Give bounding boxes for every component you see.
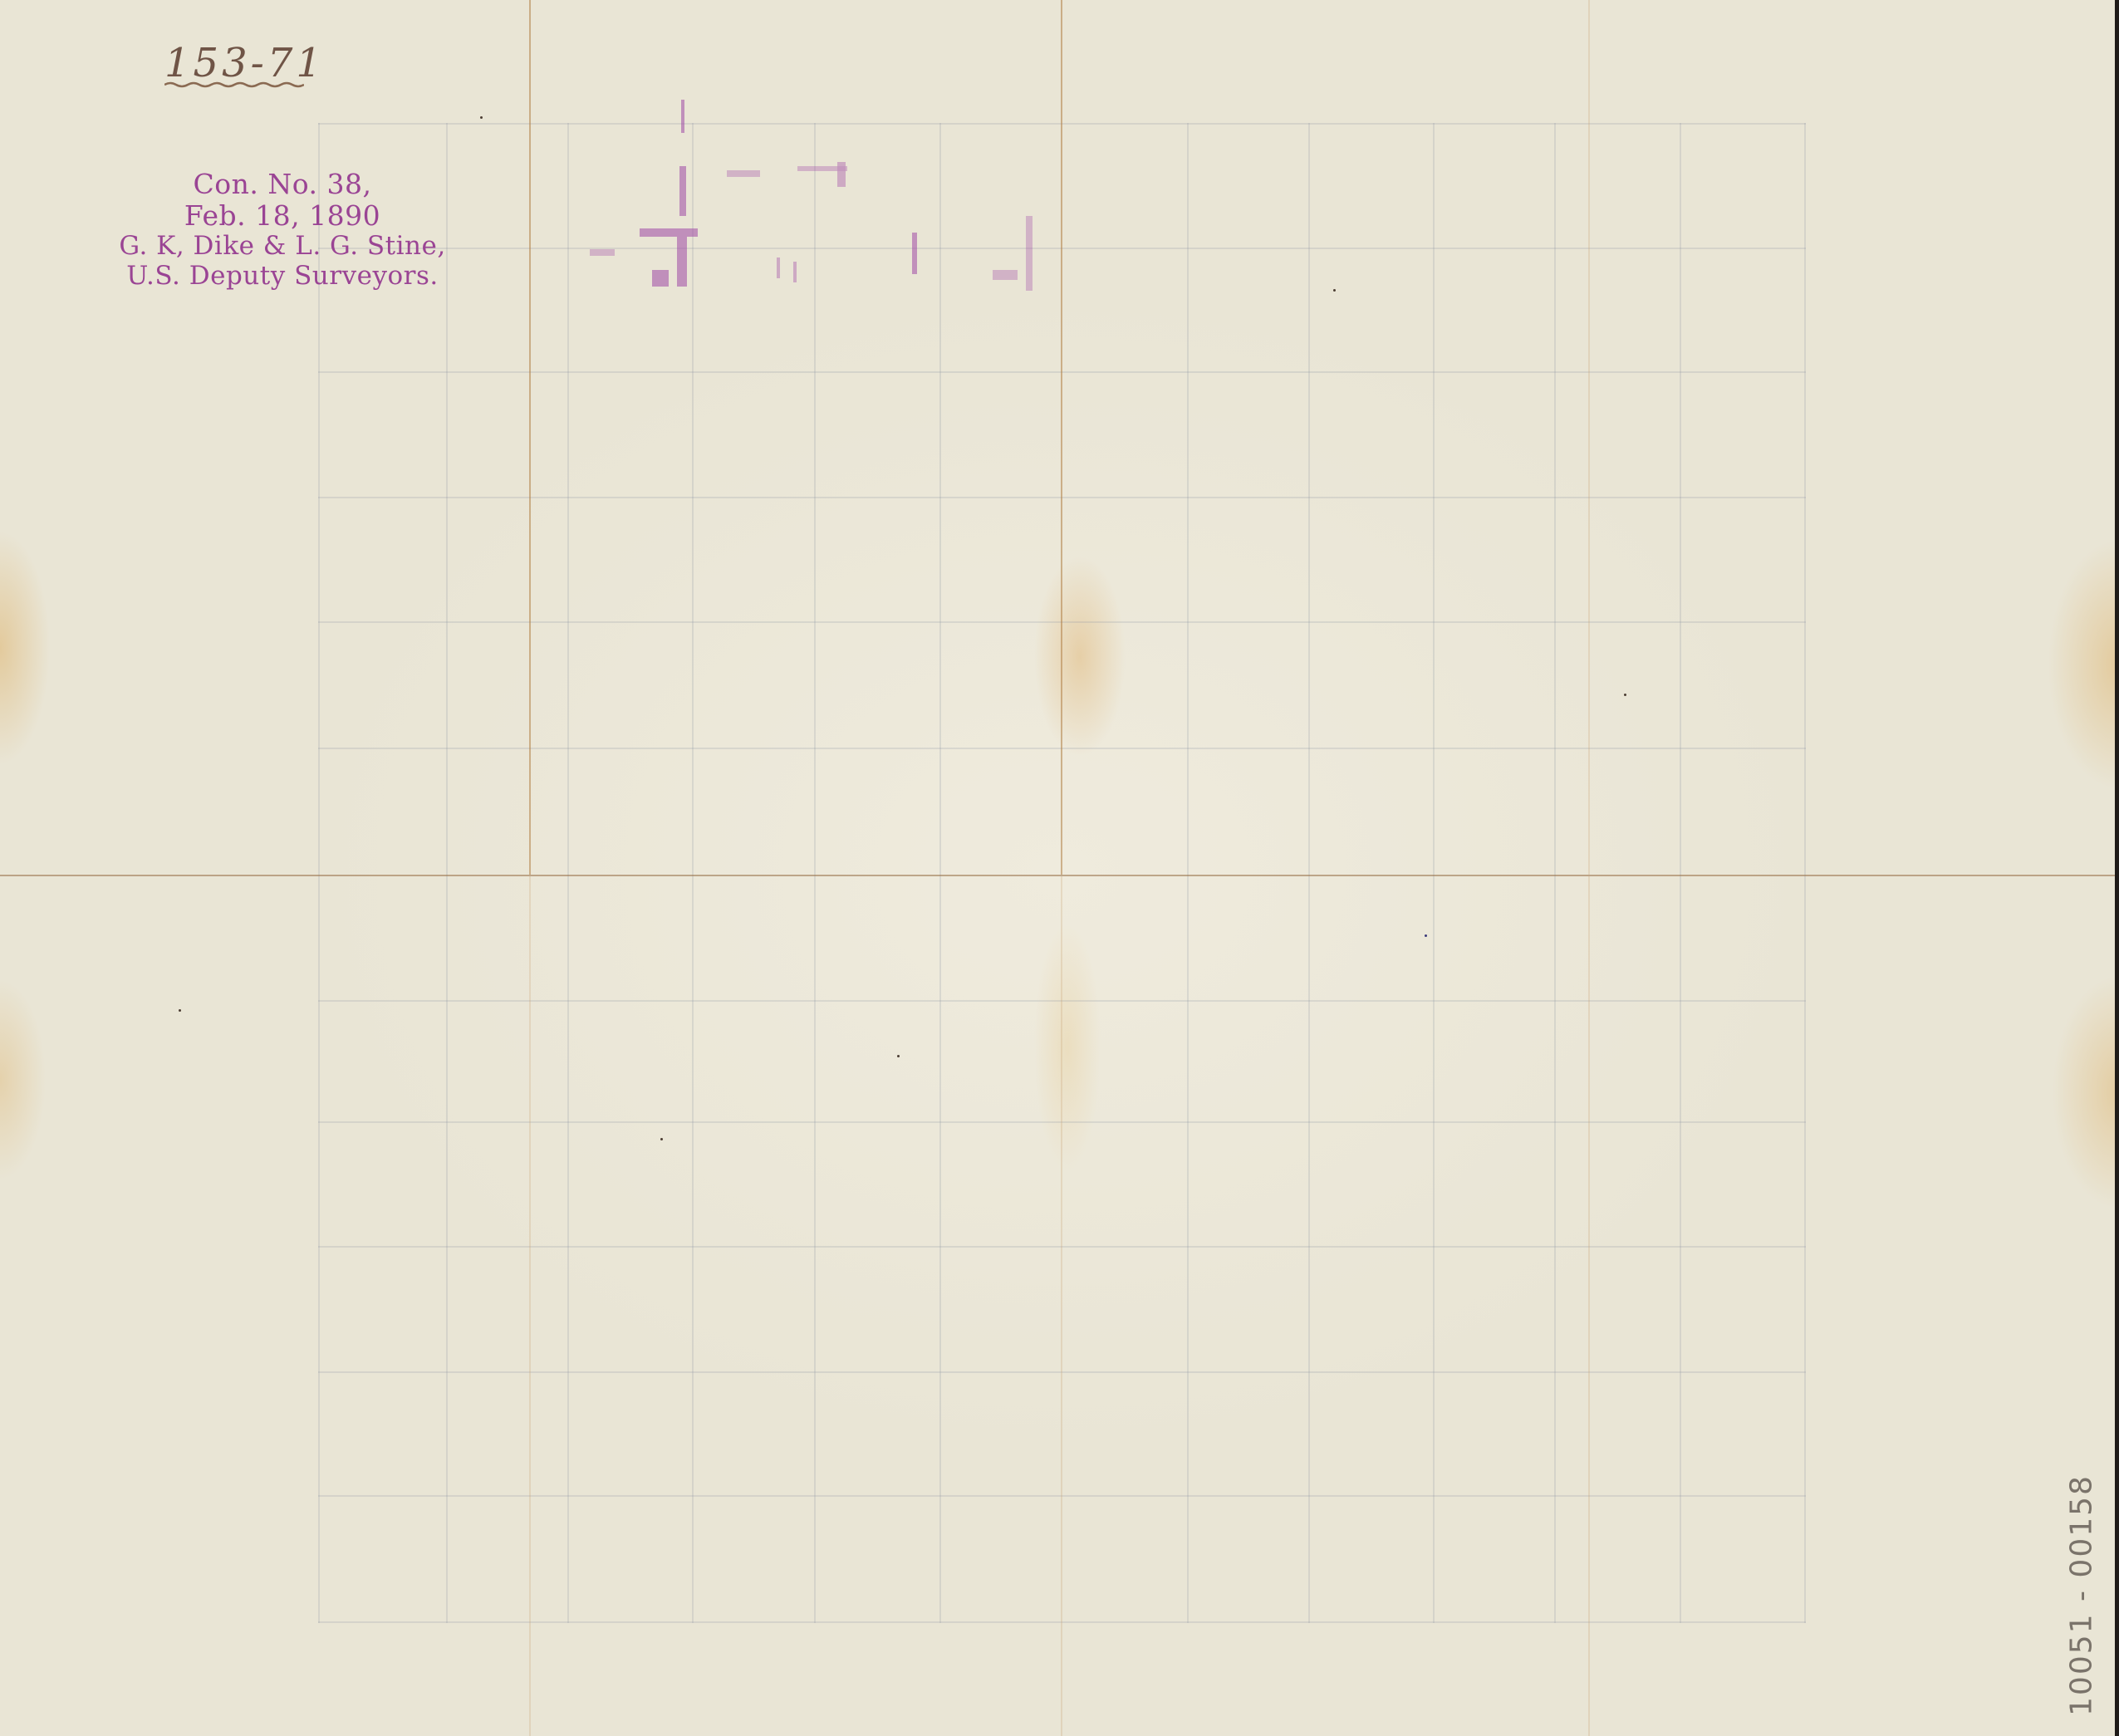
fold-crease	[1061, 876, 1062, 1736]
grid-line	[1554, 123, 1556, 1623]
grid-line	[446, 123, 448, 1623]
paper-speck	[1425, 934, 1427, 937]
wavy-underline	[164, 81, 304, 88]
grid-line	[318, 123, 320, 1623]
grid-line	[1804, 123, 1806, 1623]
grid-line	[939, 123, 941, 1623]
grid-line	[1433, 123, 1435, 1623]
paper-speck	[480, 116, 483, 119]
surveyor-stamp: Con. No. 38, Feb. 18, 1890 G. K, Dike & …	[50, 170, 515, 293]
fold-crease	[529, 0, 531, 875]
grid-line	[1187, 123, 1189, 1623]
grid-line	[1680, 123, 1681, 1623]
surveyor-names: G. K, Dike & L. G. Stine,	[50, 233, 515, 259]
faded-stamp-residue	[573, 91, 1063, 299]
document-page: 153-71 Con. No. 38, Feb. 18, 1890 G. K, …	[0, 0, 2119, 1736]
grid-line	[692, 123, 694, 1623]
paper-speck	[660, 1138, 663, 1140]
contract-number: Con. No. 38,	[50, 170, 515, 198]
contract-date: Feb. 18, 1890	[50, 202, 515, 229]
archive-id: 10051 - 00158	[2065, 1463, 2099, 1729]
surveyor-title: U.S. Deputy Surveyors.	[50, 263, 515, 289]
paper-speck	[1624, 694, 1626, 696]
paper-speck	[179, 1009, 181, 1012]
grid-line	[1308, 123, 1310, 1623]
fold-crease	[1588, 876, 1590, 1736]
grid-line	[567, 123, 569, 1623]
paper-speck	[1333, 289, 1336, 292]
fold-crease	[529, 876, 531, 1736]
paper-speck	[897, 1055, 900, 1057]
fold-crease	[0, 875, 2115, 876]
case-number: 153-71	[164, 40, 325, 86]
fold-crease	[1588, 0, 1590, 875]
grid-line	[814, 123, 816, 1623]
